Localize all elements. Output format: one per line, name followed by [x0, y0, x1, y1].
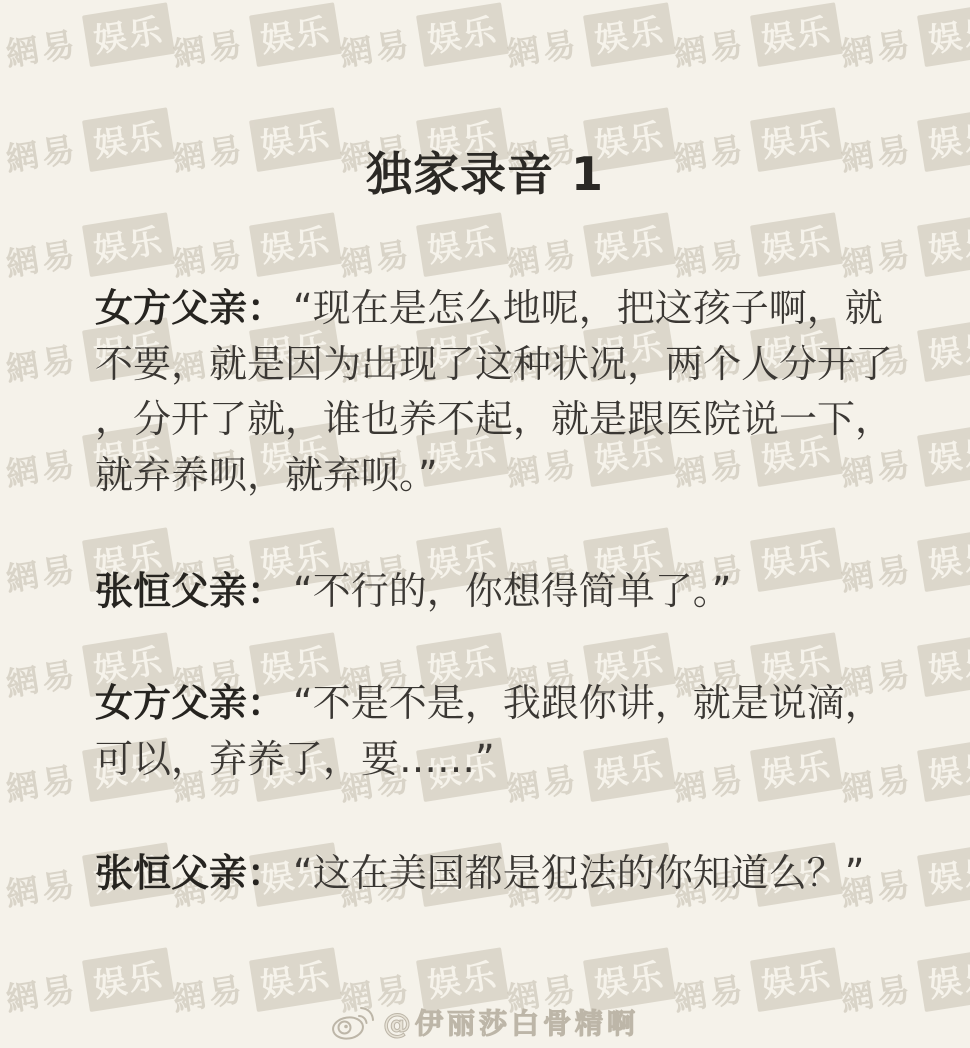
dialogue-text: “不是不是，我跟你讲，就是说滴，	[293, 681, 883, 725]
dialogue-paragraph-3: 女方父亲：“不是不是，我跟你讲，就是说滴， 可以，弃养了，要……”	[95, 676, 883, 787]
speaker-label: 张恒父亲：	[95, 851, 285, 895]
dialogue-line: 女方父亲：“不是不是，我跟你讲，就是说滴，	[95, 676, 883, 732]
dialogue-line: 张恒父亲：“这在美国都是犯法的你知道么？”	[95, 846, 864, 902]
dialogue-line: 不要，就是因为出现了这种状况，两个人分开了	[95, 337, 893, 393]
dialogue-paragraph-2: 张恒父亲：“不行的，你想得简单了。”	[95, 564, 731, 620]
weibo-icon	[331, 1003, 375, 1041]
page-root: 網易娱乐網易娱乐網易娱乐網易娱乐網易娱乐網易娱乐網易娱乐網易娱乐網易娱乐網易娱乐…	[0, 0, 970, 1048]
speaker-label: 女方父亲：	[95, 286, 285, 330]
dialogue-text: “不行的，你想得简单了。”	[293, 569, 731, 613]
page-title: 独家录音 1	[0, 146, 970, 202]
content-area: 独家录音 1 女方父亲：“现在是怎么地呢，把这孩子啊，就 不要，就是因为出现了这…	[0, 0, 970, 1048]
speaker-label: 张恒父亲：	[95, 569, 285, 613]
dialogue-line: 就弃养呗，就弃呗。”	[95, 448, 893, 504]
dialogue-paragraph-1: 女方父亲：“现在是怎么地呢，把这孩子啊，就 不要，就是因为出现了这种状况，两个人…	[95, 281, 893, 503]
dialogue-paragraph-4: 张恒父亲：“这在美国都是犯法的你知道么？”	[95, 846, 864, 902]
dialogue-line: 女方父亲：“现在是怎么地呢，把这孩子啊，就	[95, 281, 893, 337]
footer-credit: @伊丽莎白骨精啊	[0, 1002, 970, 1042]
dialogue-text: “这在美国都是犯法的你知道么？”	[293, 851, 864, 895]
dialogue-line: 张恒父亲：“不行的，你想得简单了。”	[95, 564, 731, 620]
speaker-label: 女方父亲：	[95, 681, 285, 725]
weibo-handle: @伊丽莎白骨精啊	[383, 1002, 639, 1042]
dialogue-line: 可以，弃养了，要……”	[95, 732, 883, 788]
dialogue-line: ，分开了就，谁也养不起，就是跟医院说一下，	[95, 392, 893, 448]
dialogue-text: “现在是怎么地呢，把这孩子啊，就	[293, 286, 883, 330]
